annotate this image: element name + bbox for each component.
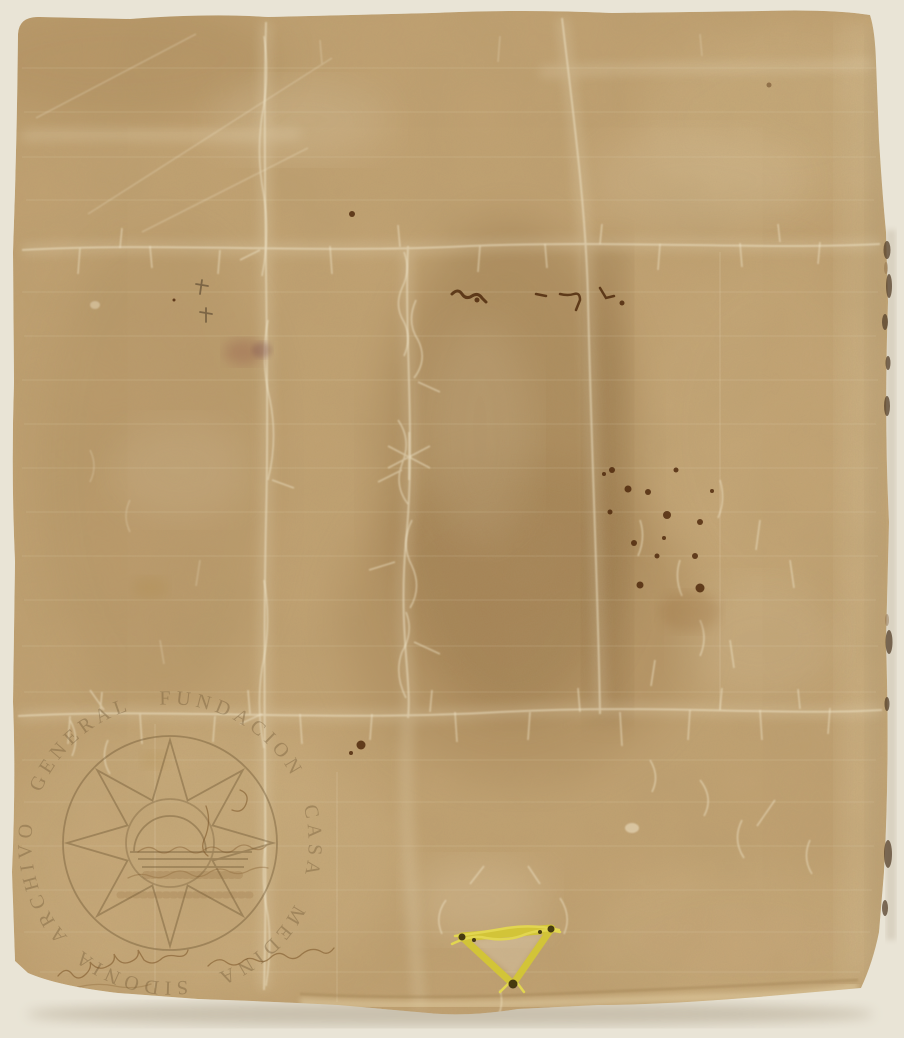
photograph: ARCHIVO GENERAL FUNDACION CASA MEDINA SI… [0,0,904,1038]
right-edge-shadow [886,230,896,940]
parchment-sheet: ARCHIVO GENERAL FUNDACION CASA MEDINA SI… [0,0,904,1038]
